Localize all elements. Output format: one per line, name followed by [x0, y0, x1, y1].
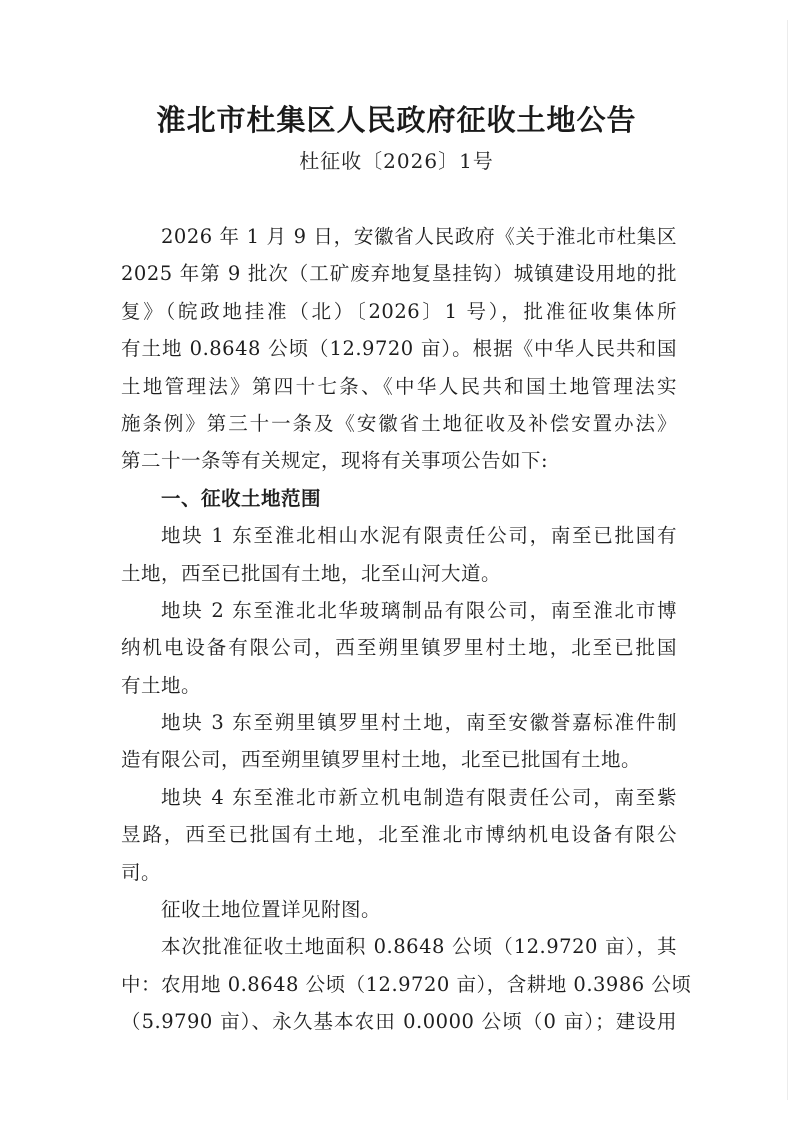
- document-page: 淮北市杜集区人民政府征收土地公告 杜征收〔2026〕1号 2026 年 1 月 …: [0, 0, 793, 1122]
- text-line: 2026 年 1 月 9 日，安徽省人民政府《关于淮北市杜集区: [121, 218, 677, 255]
- area-summary-paragraph: 本次批准征收土地面积 0.8648 公顷（12.9720 亩），其 中：农用地 …: [121, 928, 677, 1040]
- text-line: 2025 年第 9 批次（工矿废弃地复垦挂钩）城镇建设用地的批: [121, 255, 677, 292]
- text-line: 地块 2 东至淮北北华玻璃制品有限公司，南至淮北市博: [121, 592, 677, 629]
- text-line: 司。: [121, 854, 677, 891]
- document-title: 淮北市杜集区人民政府征收土地公告: [0, 100, 793, 140]
- document-body: 2026 年 1 月 9 日，安徽省人民政府《关于淮北市杜集区 2025 年第 …: [121, 218, 677, 1041]
- text-line: 本次批准征收土地面积 0.8648 公顷（12.9720 亩），其: [121, 928, 677, 965]
- text-line: 施条例》第三十一条及《安徽省土地征收及补偿安置办法》: [121, 405, 677, 442]
- intro-paragraph: 2026 年 1 月 9 日，安徽省人民政府《关于淮北市杜集区 2025 年第 …: [121, 218, 677, 480]
- text-line: 土地管理法》第四十七条、《中华人民共和国土地管理法实: [121, 368, 677, 405]
- text-line: （5.9790 亩）、永久基本农田 0.0000 公顷（0 亩）；建设用: [121, 1003, 677, 1040]
- text-line: 地块 1 东至淮北相山水泥有限责任公司，南至已批国有: [121, 517, 677, 554]
- document-number: 杜征收〔2026〕1号: [0, 146, 793, 176]
- text-line: 土地，西至已批国有土地，北至山河大道。: [121, 555, 677, 592]
- section-heading: 一、征收土地范围: [121, 480, 677, 517]
- text-line: 造有限公司，西至朔里镇罗里村土地，北至已批国有土地。: [121, 741, 677, 778]
- location-note: 征收土地位置详见附图。: [121, 891, 677, 928]
- parcel-4-paragraph: 地块 4 东至淮北市新立机电制造有限责任公司，南至紫 昱路，西至已批国有土地，北…: [121, 779, 677, 891]
- scan-edge: [787, 20, 788, 1100]
- parcel-2-paragraph: 地块 2 东至淮北北华玻璃制品有限公司，南至淮北市博 纳机电设备有限公司，西至朔…: [121, 592, 677, 704]
- text-line: 纳机电设备有限公司，西至朔里镇罗里村土地，北至已批国: [121, 629, 677, 666]
- text-line: 有土地。: [121, 667, 677, 704]
- text-line: 第二十一条等有关规定，现将有关事项公告如下:: [121, 442, 677, 479]
- text-line: 昱路，西至已批国有土地，北至淮北市博纳机电设备有限公: [121, 816, 677, 853]
- text-line: 有土地 0.8648 公顷（12.9720 亩）。根据《中华人民共和国: [121, 330, 677, 367]
- text-line: 复》（皖政地挂准（北）〔2026〕1 号），批准征收集体所: [121, 293, 677, 330]
- parcel-1-paragraph: 地块 1 东至淮北相山水泥有限责任公司，南至已批国有 土地，西至已批国有土地，北…: [121, 517, 677, 592]
- text-line: 中：农用地 0.8648 公顷（12.9720 亩），含耕地 0.3986 公顷: [121, 966, 677, 1003]
- text-line: 地块 3 东至朔里镇罗里村土地，南至安徽誉嘉标准件制: [121, 704, 677, 741]
- text-line: 地块 4 东至淮北市新立机电制造有限责任公司，南至紫: [121, 779, 677, 816]
- parcel-3-paragraph: 地块 3 东至朔里镇罗里村土地，南至安徽誉嘉标准件制 造有限公司，西至朔里镇罗里…: [121, 704, 677, 779]
